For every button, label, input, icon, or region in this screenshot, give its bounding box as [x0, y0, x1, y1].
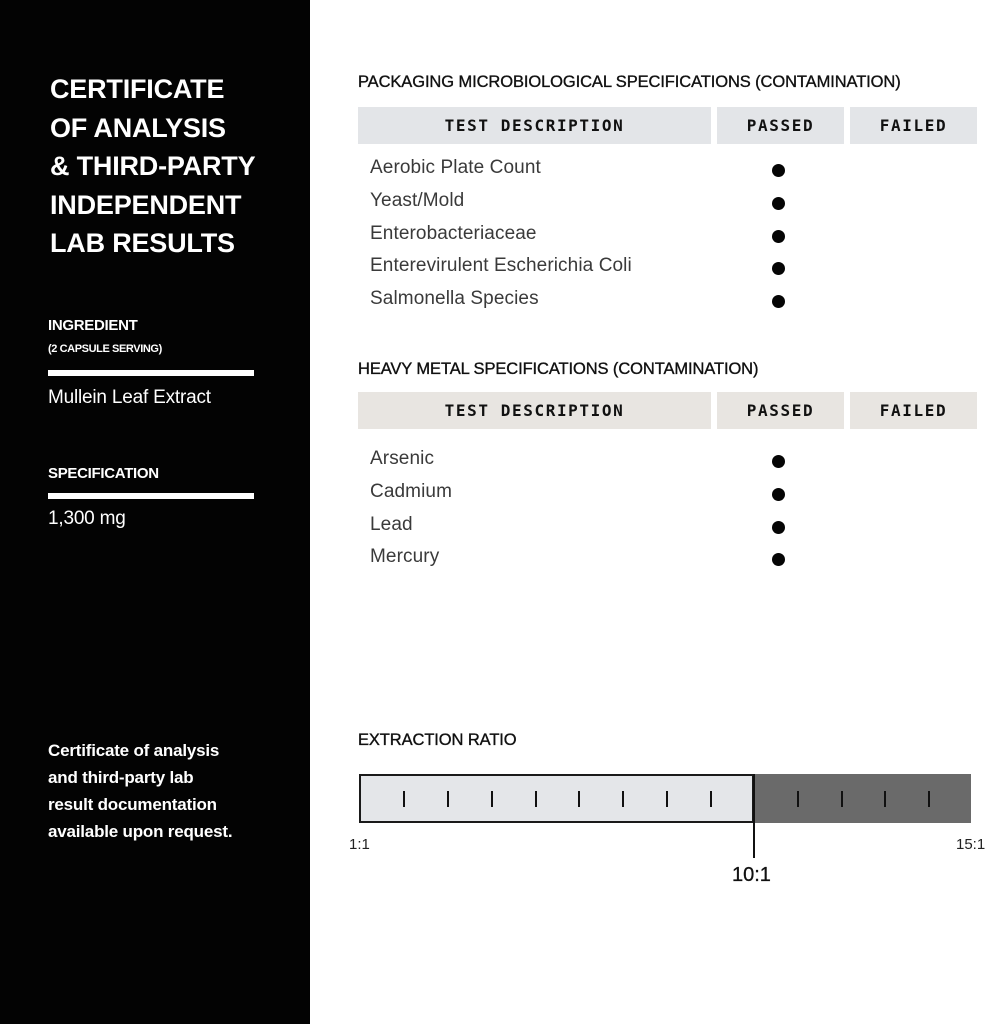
- ratio-tick: [622, 791, 624, 807]
- sidebar-panel: CERTIFICATE OF ANALYSIS & THIRD-PARTY IN…: [0, 0, 310, 1024]
- extraction-ratio-marker: [753, 774, 755, 858]
- column-header-test-description: TEST DESCRIPTION: [358, 107, 711, 144]
- test-name: Mercury: [370, 546, 439, 568]
- extraction-ratio-title: EXTRACTION RATIO: [358, 731, 517, 750]
- title-line: CERTIFICATE: [50, 70, 300, 109]
- extraction-ratio-value-label: 10:1: [732, 864, 771, 887]
- title-line: & THIRD-PARTY: [50, 147, 300, 186]
- passed-dot-icon: [772, 455, 785, 468]
- table-row: Lead: [370, 514, 970, 547]
- ratio-tick: [710, 791, 712, 807]
- column-header-passed: PASSED: [717, 392, 844, 429]
- ratio-tick: [666, 791, 668, 807]
- extraction-ratio-min-label: 1:1: [349, 836, 370, 853]
- passed-dot-icon: [772, 521, 785, 534]
- table-row: Yeast/Mold: [370, 190, 970, 223]
- ingredient-sublabel: (2 CAPSULE SERVING): [48, 343, 162, 355]
- extraction-ratio-max-label: 15:1: [956, 836, 985, 853]
- table-row: Salmonella Species: [370, 288, 970, 321]
- heavy-metal-table-body: ArsenicCadmiumLeadMercury: [370, 448, 970, 579]
- extraction-ratio-bar: [359, 774, 971, 823]
- table-row: Enterobacteriaceae: [370, 223, 970, 256]
- table-row: Arsenic: [370, 448, 970, 481]
- passed-dot-icon: [772, 230, 785, 243]
- title-line: LAB RESULTS: [50, 224, 300, 263]
- test-name: Salmonella Species: [370, 288, 539, 310]
- ratio-tick: [797, 791, 799, 807]
- column-header-failed: FAILED: [850, 107, 977, 144]
- table-row: Aerobic Plate Count: [370, 157, 970, 190]
- passed-dot-icon: [772, 295, 785, 308]
- passed-dot-icon: [772, 197, 785, 210]
- passed-dot-icon: [772, 553, 785, 566]
- microbiological-table-header: TEST DESCRIPTION PASSED FAILED: [358, 107, 977, 144]
- page-title: CERTIFICATE OF ANALYSIS & THIRD-PARTY IN…: [50, 70, 300, 263]
- specification-label: SPECIFICATION: [48, 465, 159, 482]
- ingredient-value: Mullein Leaf Extract: [48, 387, 211, 409]
- table-row: Mercury: [370, 546, 970, 579]
- ratio-tick: [884, 791, 886, 807]
- passed-dot-icon: [772, 488, 785, 501]
- column-header-failed: FAILED: [850, 392, 977, 429]
- table-row: Enterevirulent Escherichia Coli: [370, 255, 970, 288]
- test-name: Lead: [370, 514, 413, 536]
- test-name: Cadmium: [370, 481, 452, 503]
- ratio-tick: [403, 791, 405, 807]
- test-name: Aerobic Plate Count: [370, 157, 541, 179]
- ingredient-divider: [48, 370, 254, 376]
- specification-divider: [48, 493, 254, 499]
- note-line: available upon request.: [48, 818, 298, 845]
- microbiological-section-title: PACKAGING MICROBIOLOGICAL SPECIFICATIONS…: [358, 73, 901, 92]
- test-name: Enterevirulent Escherichia Coli: [370, 255, 632, 277]
- microbiological-table-body: Aerobic Plate CountYeast/MoldEnterobacte…: [370, 157, 970, 321]
- note-line: Certificate of analysis: [48, 737, 298, 764]
- ratio-tick: [535, 791, 537, 807]
- column-header-passed: PASSED: [717, 107, 844, 144]
- passed-dot-icon: [772, 262, 785, 275]
- ratio-tick: [491, 791, 493, 807]
- test-name: Enterobacteriaceae: [370, 223, 537, 245]
- ratio-tick: [447, 791, 449, 807]
- specification-value: 1,300 mg: [48, 508, 126, 530]
- availability-note: Certificate of analysis and third-party …: [48, 737, 298, 845]
- heavy-metal-section-title: HEAVY METAL SPECIFICATIONS (CONTAMINATIO…: [358, 360, 758, 379]
- test-name: Yeast/Mold: [370, 190, 464, 212]
- ratio-tick: [578, 791, 580, 807]
- column-header-test-description: TEST DESCRIPTION: [358, 392, 711, 429]
- heavy-metal-table-header: TEST DESCRIPTION PASSED FAILED: [358, 392, 977, 429]
- note-line: result documentation: [48, 791, 298, 818]
- title-line: OF ANALYSIS: [50, 109, 300, 148]
- ratio-tick: [841, 791, 843, 807]
- extraction-ratio-filled: [359, 774, 754, 823]
- passed-dot-icon: [772, 164, 785, 177]
- extraction-ratio-remaining: [754, 774, 971, 823]
- ratio-tick: [928, 791, 930, 807]
- ingredient-label: INGREDIENT: [48, 317, 138, 334]
- table-row: Cadmium: [370, 481, 970, 514]
- test-name: Arsenic: [370, 448, 434, 470]
- title-line: INDEPENDENT: [50, 186, 300, 225]
- note-line: and third-party lab: [48, 764, 298, 791]
